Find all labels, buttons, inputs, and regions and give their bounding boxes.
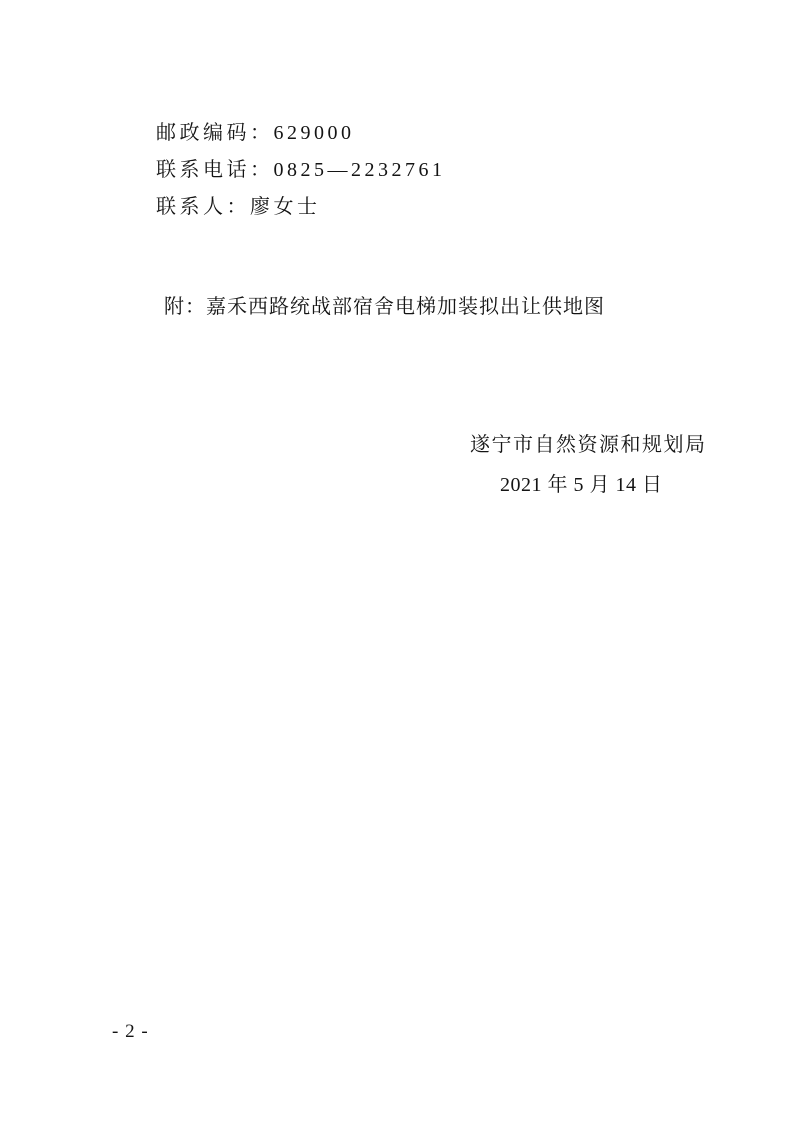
postal-code-line: 邮政编码：629000 <box>156 120 355 146</box>
contact-person-line: 联系人：廖女士 <box>156 194 321 220</box>
page-number: - 2 - <box>112 1020 149 1044</box>
document-page: 邮政编码：629000 联系电话：0825—2232761 联系人：廖女士 附：… <box>0 0 793 1122</box>
phone-line: 联系电话：0825—2232761 <box>156 157 446 183</box>
signature-date: 2021 年 5 月 14 日 <box>500 472 663 498</box>
signature-organization: 遂宁市自然资源和规划局 <box>470 432 707 458</box>
attachment-line: 附：嘉禾西路统战部宿舍电梯加装拟出让供地图 <box>164 294 605 320</box>
